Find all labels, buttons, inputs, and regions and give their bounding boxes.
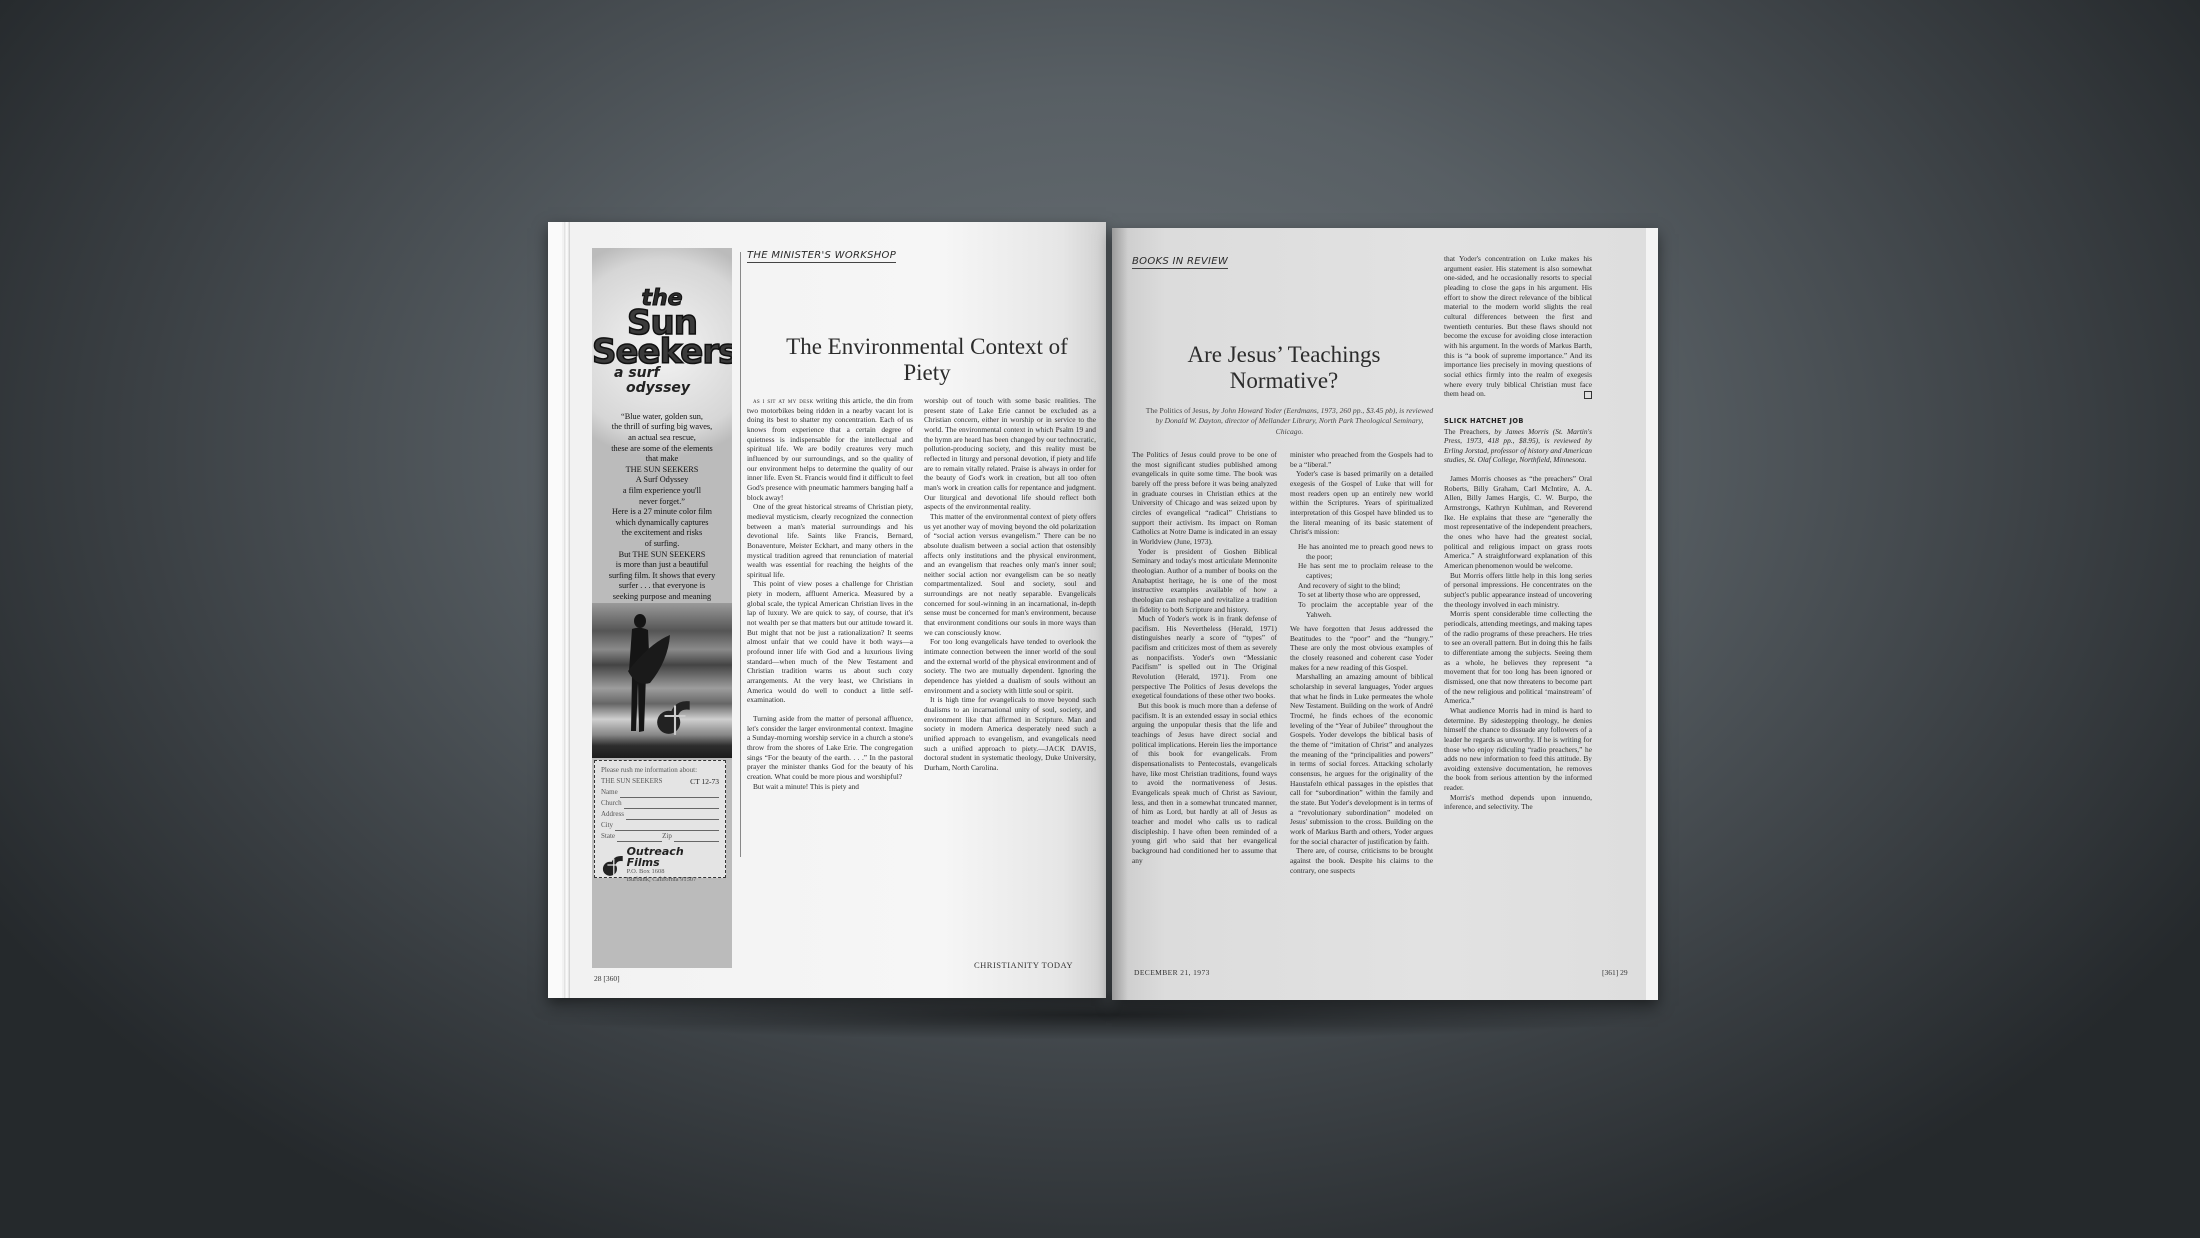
form-brand: Outreach Films P.O. Box 1608 Burbank, Ca… bbox=[601, 846, 719, 884]
quote-line: To proclaim the acceptable year of the Y… bbox=[1298, 600, 1433, 619]
ad-subtitle-line-2: odyssey bbox=[626, 381, 732, 396]
form-product-row: THE SUN SEEKERS CT 12-73 bbox=[601, 776, 719, 787]
form-field-label: State bbox=[601, 831, 615, 842]
paragraph: It is high time for evangelicals to move… bbox=[924, 695, 1096, 772]
quote-line: And recovery of sight to the blind; bbox=[1298, 581, 1433, 591]
form-company: Outreach Films bbox=[627, 846, 719, 868]
paragraph: But wait a minute! This is piety and bbox=[747, 782, 913, 792]
ad-copy-line: an actual sea rescue, bbox=[596, 433, 728, 444]
paragraph: Much of Yoder's work is in frank defense… bbox=[1132, 614, 1277, 701]
paragraph: Morris spent considerable time collectin… bbox=[1444, 609, 1592, 706]
second-review-details: by James Morris (St. Martin's Press, 197… bbox=[1444, 427, 1592, 465]
form-field-label: Name bbox=[601, 787, 618, 798]
ad-copy-line: never forget.” bbox=[596, 497, 728, 508]
review-title: Are Jesus’ Teachings Normative? bbox=[1134, 342, 1434, 394]
form-field-church[interactable]: Church bbox=[601, 798, 719, 809]
paragraph: Yoder is president of Goshen Biblical Se… bbox=[1132, 547, 1277, 615]
article-column-2: worship out of touch with some basic rea… bbox=[924, 396, 1096, 773]
form-header: Please rush me information about: bbox=[601, 765, 719, 776]
page-number: [361] 29 bbox=[1602, 968, 1628, 977]
review-column-2: minister who preached from the Gospels h… bbox=[1290, 450, 1433, 875]
article-title: The Environmental Context of Piety bbox=[762, 334, 1092, 386]
ad-copy-line: the excitement and risks bbox=[596, 528, 728, 539]
ad-copy-line: is more than just a beautiful bbox=[596, 560, 728, 571]
form-field-city[interactable]: City bbox=[601, 820, 719, 831]
surfer-photo bbox=[592, 603, 732, 758]
paragraph: This point of view poses a challenge for… bbox=[747, 579, 913, 705]
ad-mail-in-form: Please rush me information about: THE SU… bbox=[594, 760, 726, 878]
paragraph: that Yoder's concentration on Luke makes… bbox=[1444, 254, 1592, 399]
ad-copy-line: A Surf Odyssey bbox=[596, 475, 728, 486]
section-kicker: THE MINISTER'S WORKSHOP bbox=[747, 250, 896, 263]
form-address-1: P.O. Box 1608 bbox=[627, 868, 719, 876]
ad-copy-line: the thrill of surfing big waves, bbox=[596, 422, 728, 433]
review-column-3: that Yoder's concentration on Luke makes… bbox=[1444, 254, 1592, 812]
paragraph: The Politics of Jesus could prove to be … bbox=[1132, 450, 1277, 547]
right-page: BOOKS IN REVIEW Are Jesus’ Teachings Nor… bbox=[1112, 228, 1658, 1000]
paragraph: as i sit at my desk writing this article… bbox=[747, 396, 913, 502]
section-kicker: BOOKS IN REVIEW bbox=[1132, 256, 1228, 269]
form-product: THE SUN SEEKERS bbox=[601, 776, 662, 787]
paragraph: Turning aside from the matter of persona… bbox=[747, 714, 913, 782]
paragraph: Morris's method depends upon innuendo, i… bbox=[1444, 793, 1592, 812]
paragraph: One of the great historical streams of C… bbox=[747, 502, 913, 579]
author-byline: JACK DAVIS bbox=[1046, 744, 1095, 753]
paragraph: minister who preached from the Gospels h… bbox=[1290, 450, 1433, 469]
quote-line: He has anointed me to preach good news t… bbox=[1298, 542, 1433, 561]
end-mark-icon bbox=[1584, 391, 1592, 399]
form-field-line[interactable] bbox=[626, 811, 719, 820]
review-column-1: The Politics of Jesus could prove to be … bbox=[1132, 450, 1277, 865]
scripture-quote: He has anointed me to preach good news t… bbox=[1298, 542, 1433, 619]
form-field-label: Church bbox=[601, 798, 622, 809]
paragraph: But this book is much more than a defens… bbox=[1132, 701, 1277, 865]
second-review-deck: The Preachers, by James Morris (St. Mart… bbox=[1444, 427, 1592, 466]
quote-line: To set at liberty those who are oppresse… bbox=[1298, 590, 1433, 600]
form-field-state-zip[interactable]: State Zip bbox=[601, 831, 719, 842]
article-column-1: as i sit at my desk writing this article… bbox=[747, 396, 913, 791]
ad-subtitle-line-1: a surf bbox=[614, 365, 660, 381]
page-edge-left bbox=[564, 222, 570, 998]
paragraph: For too long evangelicals have tended to… bbox=[924, 637, 1096, 695]
form-field-label: Zip bbox=[662, 831, 672, 842]
form-field-label: City bbox=[601, 820, 613, 831]
ad-logo-seekers: Seekers bbox=[592, 338, 732, 367]
form-field-line[interactable] bbox=[620, 789, 719, 798]
ad-copy-line: Here is a 27 minute color film bbox=[596, 507, 728, 518]
ad-logo: the Sun Seekers bbox=[592, 290, 732, 366]
ad-copy-line: But THE SUN SEEKERS bbox=[596, 550, 728, 561]
ad-copy-line: that make bbox=[596, 454, 728, 465]
left-page: the Sun Seekers a surf odyssey “Blue wat… bbox=[548, 222, 1106, 998]
form-field-line[interactable] bbox=[624, 800, 719, 809]
sun-seekers-advertisement: the Sun Seekers a surf odyssey “Blue wat… bbox=[592, 248, 732, 968]
ad-copy-line: seeking purpose and meaning bbox=[596, 592, 728, 603]
ad-copy-line: surfer . . . that everyone is bbox=[596, 581, 728, 592]
form-field-line[interactable] bbox=[674, 833, 719, 842]
review-deck: The Politics of Jesus, by John Howard Yo… bbox=[1142, 406, 1437, 437]
ad-copy-line: which dynamically captures bbox=[596, 518, 728, 529]
form-field-line[interactable] bbox=[615, 822, 719, 831]
paragraph: This matter of the environmental context… bbox=[924, 512, 1096, 638]
magazine-spread: the Sun Seekers a surf odyssey “Blue wat… bbox=[548, 222, 1658, 1002]
outreach-films-logo-icon bbox=[654, 695, 696, 737]
paragraph: Marshalling an amazing amount of biblica… bbox=[1290, 672, 1433, 846]
paragraph: But Morris offers little help in this lo… bbox=[1444, 571, 1592, 610]
ad-copy-line: THE SUN SEEKERS bbox=[596, 465, 728, 476]
form-field-label: Address bbox=[601, 809, 624, 820]
outreach-films-logo-icon bbox=[601, 852, 627, 878]
paragraph: worship out of touch with some basic rea… bbox=[924, 396, 1096, 512]
lead-in: as i sit at my desk bbox=[753, 396, 813, 405]
second-review-subhead: SLICK HATCHET JOB bbox=[1444, 417, 1592, 427]
form-field-address[interactable]: Address bbox=[601, 809, 719, 820]
form-code: CT 12-73 bbox=[690, 776, 719, 787]
review-book-title: The Politics of Jesus, bbox=[1146, 406, 1211, 415]
magazine-name: CHRISTIANITY TODAY bbox=[974, 960, 1073, 970]
paragraph: We have forgotten that Jesus addressed t… bbox=[1290, 624, 1433, 672]
form-address-2: Burbank, California 91507 bbox=[627, 876, 719, 884]
form-field-name[interactable]: Name bbox=[601, 787, 719, 798]
paragraph: What audience Morris had in mind is hard… bbox=[1444, 706, 1592, 793]
paragraph: James Morris chooses as “the preachers” … bbox=[1444, 474, 1592, 571]
quote-line: He has sent me to proclaim release to th… bbox=[1298, 561, 1433, 580]
page-number: 28 [360] bbox=[594, 974, 620, 983]
paragraph: There are, of course, criticisms to be b… bbox=[1290, 846, 1433, 875]
issue-date: DECEMBER 21, 1973 bbox=[1134, 968, 1210, 977]
ad-copy-line: of surfing. bbox=[596, 539, 728, 550]
paragraph: Yoder's case is based primarily on a det… bbox=[1290, 469, 1433, 537]
form-field-line[interactable] bbox=[617, 833, 662, 842]
column-rule bbox=[740, 252, 741, 857]
ad-copy-line: these are some of the elements bbox=[596, 444, 728, 455]
ad-copy-line: “Blue water, golden sun, bbox=[596, 412, 728, 423]
ad-copy-line: a film experience you'll bbox=[596, 486, 728, 497]
ad-copy-line: surfing film. It shows that every bbox=[596, 571, 728, 582]
